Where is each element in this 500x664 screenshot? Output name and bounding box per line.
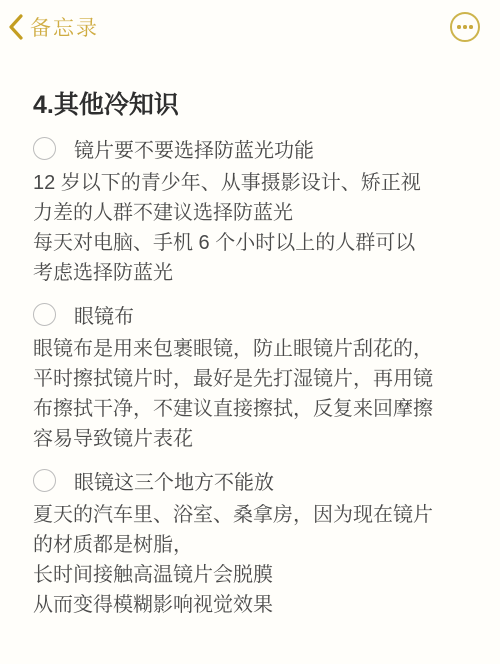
checkbox-circle[interactable] <box>33 137 56 160</box>
note-content: 4.其他冷知识 镜片要不要选择防蓝光功能 12 岁以下的青少年、从事摄影设计、矫… <box>0 88 500 620</box>
back-label: 备忘录 <box>30 12 99 42</box>
ellipsis-dot <box>463 25 467 29</box>
checklist-label: 镜片要不要选择防蓝光功能 <box>74 134 314 163</box>
checkbox-circle[interactable] <box>33 469 56 492</box>
note-title: 4.其他冷知识 <box>33 88 468 122</box>
checkbox-circle[interactable] <box>33 303 56 326</box>
nav-bar: 备忘录 <box>0 0 500 54</box>
more-button[interactable] <box>450 12 480 42</box>
checklist-item: 镜片要不要选择防蓝光功能 <box>33 133 468 163</box>
checklist-label: 眼镜布 <box>74 300 134 329</box>
checklist-item: 眼镜布 <box>33 299 468 329</box>
ellipsis-circle-icon <box>457 25 473 29</box>
note-paragraph: 夏天的汽车里、浴室、桑拿房，因为现在镜片 的材质都是树脂， 长时间接触高温镜片会… <box>33 500 468 620</box>
ellipsis-dot <box>469 25 473 29</box>
checklist-item: 眼镜这三个地方不能放 <box>33 465 468 495</box>
chevron-left-icon <box>8 14 23 40</box>
ellipsis-dot <box>457 25 461 29</box>
checklist-label: 眼镜这三个地方不能放 <box>74 466 274 495</box>
note-paragraph: 12 岁以下的青少年、从事摄影设计、矫正视 力差的人群不建议选择防蓝光 每天对电… <box>33 168 468 288</box>
back-button[interactable]: 备忘录 <box>8 12 99 42</box>
note-paragraph: 眼镜布是用来包裹眼镜，防止眼镜片刮花的， 平时擦拭镜片时，最好是先打湿镜片，再用… <box>33 334 468 454</box>
